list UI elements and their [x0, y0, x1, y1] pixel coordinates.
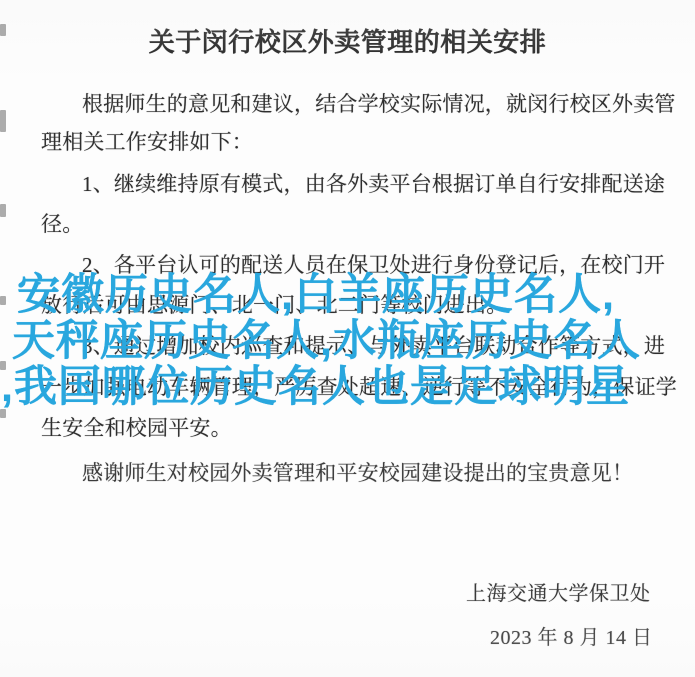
watermark-text-line: ,我国哪位历史名人也是足球明星 [1, 366, 630, 409]
scanned-notice-page: 关于闵行校区外卖管理的相关安排 根据师生的意见和建议，结合学校实际情况，就闵行校… [0, 0, 695, 677]
signature-date: 2023 年 8 月 14 日 [490, 621, 653, 650]
body-line: 径。 [41, 208, 83, 238]
scan-edge-artifact [0, 296, 6, 305]
body-line: 根据师生的意见和建议，结合学校实际情况，就闵行校区外卖管 [82, 88, 676, 118]
watermark-text-line: 天秤座历史名人,水瓶座历史名人 [12, 320, 641, 363]
watermark-text-line: 安徽历史名人,白羊座历史名人, [17, 274, 615, 317]
document-title: 关于闵行校区外卖管理的相关安排 [0, 22, 695, 59]
body-line: 1、继续维持原有模式，由各外卖平台根据订单自行安排配送途 [82, 168, 665, 198]
signature-org: 上海交通大学保卫处 [466, 577, 651, 606]
scan-edge-artifact [0, 110, 6, 132]
body-line: 理相关工作安排如下： [41, 126, 253, 156]
scan-edge-artifact [0, 204, 6, 217]
body-line: 生安全和校园平安。 [41, 412, 232, 442]
body-line: 感谢师生对校园外卖管理和平安校园建设提出的宝贵意见！ [82, 457, 633, 487]
scan-edge-artifact [0, 24, 6, 36]
